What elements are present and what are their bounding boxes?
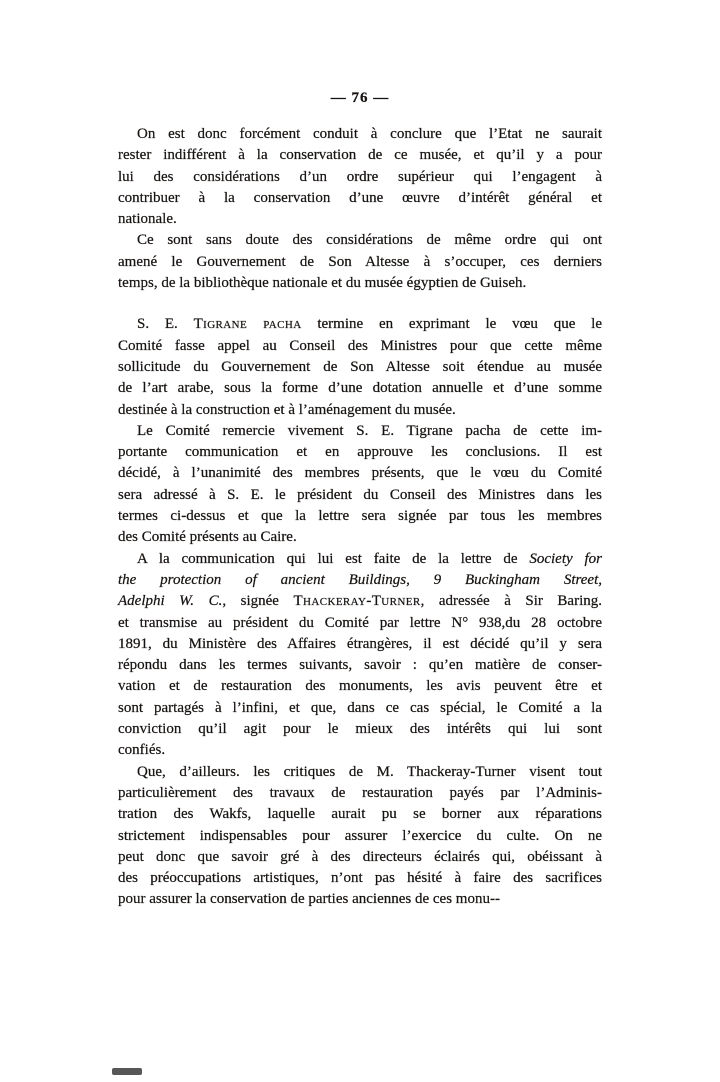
body-text: sont partagés à l’infini, et que, dans c…: [118, 700, 602, 716]
text-line: contribuer à la conservation d’une œuvre…: [118, 188, 602, 209]
body-text: des préoccupations artistiques, n’ont pa…: [118, 870, 602, 886]
paragraph: S. E. Tigrane pacha termine en exprimant…: [118, 314, 602, 420]
body-text: rester indifférent à la conservation de …: [118, 147, 602, 163]
text-line: Adelphi W. C., signée Thackeray-Turner, …: [118, 591, 602, 612]
body-text: contribuer à la conservation d’une œuvre…: [118, 190, 602, 206]
paragraph: Que, d’ailleurs. les critiques de M. Tha…: [118, 762, 602, 911]
text-line: conviction qu’il agit pour le mieux des …: [118, 719, 602, 740]
body-text: des Comité présents au Caire.: [118, 529, 297, 545]
body-text: , signée: [222, 593, 293, 609]
text-line: portante communication et en approuve le…: [118, 442, 602, 463]
body-text: destinée à la construction et à l’aménag…: [118, 402, 456, 418]
body-text: nationale.: [118, 211, 177, 227]
text-line: Que, d’ailleurs. les critiques de M. Tha…: [118, 762, 602, 783]
text-line: décidé, à l’unanimité des membres présen…: [118, 463, 602, 484]
body-text: termine en exprimant le vœu que le: [302, 316, 602, 332]
text-line: sollicitude du Gouvernement de Son Altes…: [118, 357, 602, 378]
text-line: répondu dans les termes suivants, savoir…: [118, 655, 602, 676]
text-line: et transmise au président du Comité par …: [118, 613, 602, 634]
text-line: rester indifférent à la conservation de …: [118, 145, 602, 166]
body-text: sollicitude du Gouvernement de Son Altes…: [118, 359, 602, 375]
body-text: S. E.: [137, 316, 194, 332]
body-text: pour assurer la conservation de parties …: [118, 891, 500, 907]
text-line: confiés.: [118, 740, 602, 761]
body-text: sera adressé à S. E. le président du Con…: [118, 487, 602, 503]
body-text: de l’art arabe, sous la forme d’une dota…: [118, 380, 602, 396]
text-line: pour assurer la conservation de parties …: [118, 889, 602, 910]
text-line: tration des Wakfs, laquelle aurait pu se…: [118, 804, 602, 825]
body-text: peut donc que savoir gré à des directeur…: [118, 849, 602, 865]
text-line: amené le Gouvernement de Son Altesse à s…: [118, 252, 602, 273]
body-text: portante communication et en approuve le…: [118, 444, 602, 460]
text-line: des préoccupations artistiques, n’ont pa…: [118, 868, 602, 889]
text-line: termes ci-dessus et que la lettre sera s…: [118, 506, 602, 527]
text-line: Ce sont sans doute des considérations de…: [118, 230, 602, 251]
text-line: Comité fasse appel au Conseil des Minist…: [118, 336, 602, 357]
paragraph: On est donc forcément conduit à conclure…: [118, 124, 602, 230]
scanned-book-page: — 76 — On est donc forcément conduit à c…: [0, 0, 720, 1082]
body-text: On est donc forcément conduit à conclure…: [137, 126, 602, 142]
text-line: S. E. Tigrane pacha termine en exprimant…: [118, 314, 602, 335]
ink-smudge: [112, 1068, 142, 1075]
body-text: A la communication qui lui est faite de …: [137, 551, 529, 567]
body-text: Ce sont sans doute des considérations de…: [137, 232, 602, 248]
body-text: temps, de la bibliothèque nationale et d…: [118, 275, 526, 291]
body-text: Le Comité remercie vivement S. E. Tigran…: [137, 423, 602, 439]
text-line: strictement indispensables pour assurer …: [118, 826, 602, 847]
paragraph: Ce sont sans doute des considérations de…: [118, 230, 602, 294]
body-text: termes ci-dessus et que la lettre sera s…: [118, 508, 602, 524]
paragraph: Le Comité remercie vivement S. E. Tigran…: [118, 421, 602, 549]
text-line: peut donc que savoir gré à des directeur…: [118, 847, 602, 868]
page-number-header: — 76 —: [0, 90, 720, 107]
body-text: décidé, à l’unanimité des membres présen…: [118, 465, 602, 481]
body-text: amené le Gouvernement de Son Altesse à s…: [118, 254, 602, 270]
text-block: On est donc forcément conduit à conclure…: [118, 124, 602, 911]
text-line: temps, de la bibliothèque nationale et d…: [118, 273, 602, 294]
body-text: tration des Wakfs, laquelle aurait pu se…: [118, 806, 602, 822]
text-line: vation et de restauration des monuments,…: [118, 676, 602, 697]
body-text: strictement indispensables pour assurer …: [118, 828, 602, 844]
body-text: répondu dans les termes suivants, savoir…: [118, 657, 602, 673]
text-line: destinée à la construction et à l’aménag…: [118, 400, 602, 421]
text-line: 1891, du Ministère des Affaires étrangèr…: [118, 634, 602, 655]
body-text: lui des considérations d’un ordre supéri…: [118, 169, 602, 185]
paragraph: A la communication qui lui est faite de …: [118, 549, 602, 762]
italic-text: Adelphi W. C.: [118, 593, 222, 609]
smallcaps-name: Thackeray-Turner: [293, 593, 420, 609]
italic-text: Society for: [529, 551, 602, 567]
text-line: the protection of ancient Buildings, 9 B…: [118, 570, 602, 591]
body-text: vation et de restauration des monuments,…: [118, 678, 602, 694]
body-text: confiés.: [118, 742, 165, 758]
text-line: des Comité présents au Caire.: [118, 527, 602, 548]
text-line: sera adressé à S. E. le président du Con…: [118, 485, 602, 506]
body-text: conviction qu’il agit pour le mieux des …: [118, 721, 602, 737]
body-text: et transmise au président du Comité par …: [118, 615, 602, 631]
text-line: nationale.: [118, 209, 602, 230]
body-text: Comité fasse appel au Conseil des Minist…: [118, 338, 602, 354]
text-line: On est donc forcément conduit à conclure…: [118, 124, 602, 145]
italic-text: the protection of ancient Buildings, 9 B…: [118, 572, 602, 588]
text-line: lui des considérations d’un ordre supéri…: [118, 167, 602, 188]
text-line: particulièrement des travaux de restaura…: [118, 783, 602, 804]
body-text: particulièrement des travaux de restaura…: [118, 785, 602, 801]
text-line: Le Comité remercie vivement S. E. Tigran…: [118, 421, 602, 442]
smallcaps-name: Tigrane pacha: [194, 316, 302, 332]
text-line: de l’art arabe, sous la forme d’une dota…: [118, 378, 602, 399]
text-line: sont partagés à l’infini, et que, dans c…: [118, 698, 602, 719]
body-text: 1891, du Ministère des Affaires étrangèr…: [118, 636, 602, 652]
text-line: A la communication qui lui est faite de …: [118, 549, 602, 570]
body-text: , adressée à Sir Baring.: [421, 593, 602, 609]
body-text: Que, d’ailleurs. les critiques de M. Tha…: [137, 764, 602, 780]
